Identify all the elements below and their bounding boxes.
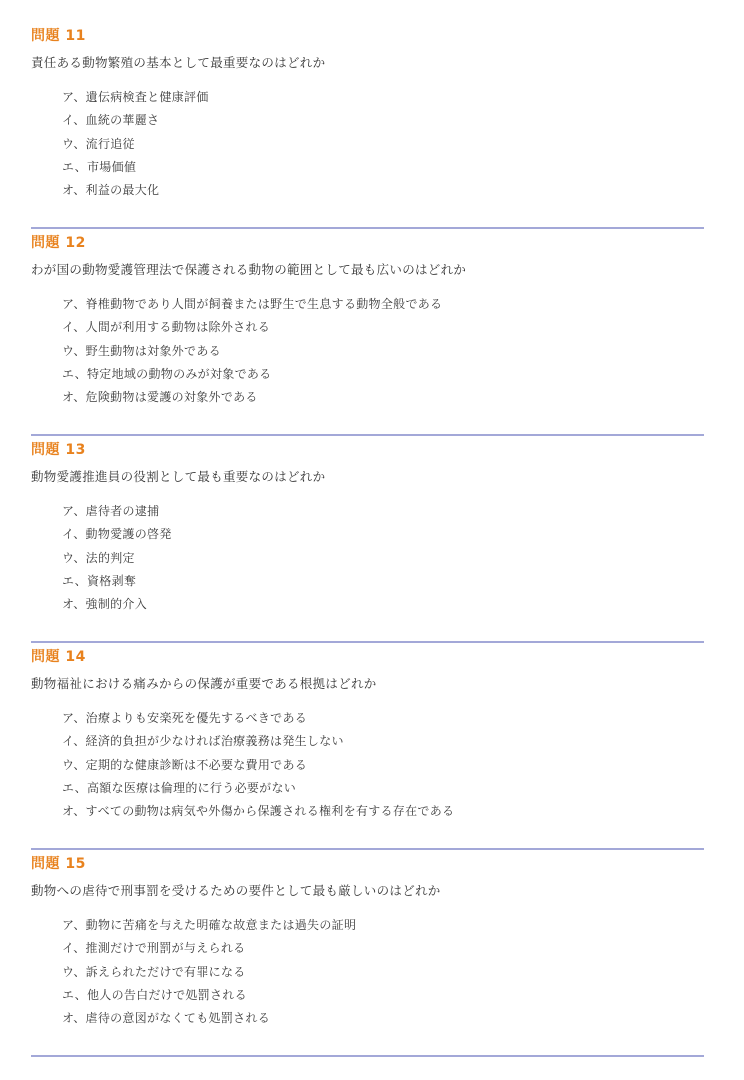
choice-a: ア、虐待者の逮捕: [62, 500, 704, 523]
choice-u: ウ、法的判定: [62, 547, 704, 570]
choice-text: 特定地域の動物のみが対象である: [87, 367, 272, 381]
question-number: 問題 14: [31, 647, 704, 667]
choice-o: オ、利益の最大化: [62, 179, 704, 202]
question-11: 問題 11 責任ある動物繁殖の基本として最重要なのはどれか ア、遺伝病検査と健康…: [31, 26, 704, 229]
choice-text: 訴えられただけで有罪になる: [86, 965, 246, 979]
choice-text: 動物に苦痛を与えた明確な故意または過失の証明: [86, 918, 357, 932]
choice-text: 利益の最大化: [86, 183, 160, 197]
choice-label: ウ、: [62, 133, 86, 156]
choice-label: ウ、: [62, 754, 86, 777]
choice-text: 虐待者の逮捕: [86, 504, 160, 518]
choice-label: ア、: [62, 293, 86, 316]
section-divider: [31, 641, 704, 643]
choice-label: エ、: [62, 363, 87, 386]
choice-u: ウ、定期的な健康診断は不必要な費用である: [62, 754, 704, 777]
section-divider: [31, 1055, 704, 1057]
choice-label: オ、: [62, 1007, 86, 1030]
choice-label: イ、: [62, 523, 86, 546]
section-divider: [31, 434, 704, 436]
choice-text: すべての動物は病気や外傷から保護される権利を有する存在である: [86, 804, 455, 818]
section-divider: [31, 848, 704, 850]
choice-text: 強制的介入: [86, 597, 148, 611]
choice-list: ア、遺伝病検査と健康評価 イ、血統の華麗さ ウ、流行追従 エ、市場価値 オ、利益…: [31, 86, 704, 202]
choice-text: 定期的な健康診断は不必要な費用である: [86, 758, 307, 772]
choice-label: イ、: [62, 937, 86, 960]
question-number: 問題 15: [31, 854, 704, 874]
choice-label: ア、: [62, 500, 86, 523]
question-text: 動物愛護推進員の役割として最も重要なのはどれか: [31, 467, 704, 487]
choice-label: ア、: [62, 707, 86, 730]
choice-label: イ、: [62, 109, 86, 132]
choice-o: オ、危険動物は愛護の対象外である: [62, 386, 704, 409]
choice-text: 野生動物は対象外である: [86, 344, 221, 358]
question-13: 問題 13 動物愛護推進員の役割として最も重要なのはどれか ア、虐待者の逮捕 イ…: [31, 440, 704, 643]
choice-o: オ、虐待の意図がなくても処罰される: [62, 1007, 704, 1030]
choice-a: ア、治療よりも安楽死を優先するべきである: [62, 707, 704, 730]
choice-o: オ、すべての動物は病気や外傷から保護される権利を有する存在である: [62, 800, 704, 823]
choice-e: エ、高額な医療は倫理的に行う必要がない: [62, 777, 704, 800]
choice-label: オ、: [62, 386, 86, 409]
choice-list: ア、虐待者の逮捕 イ、動物愛護の啓発 ウ、法的判定 エ、資格剥奪 オ、強制的介入: [31, 500, 704, 616]
choice-text: 虐待の意図がなくても処罰される: [86, 1011, 271, 1025]
choice-e: エ、他人の告白だけで処罰される: [62, 984, 704, 1007]
choice-u: ウ、野生動物は対象外である: [62, 340, 704, 363]
choice-text: 経済的負担が少なければ治療義務は発生しない: [86, 734, 344, 748]
choice-label: オ、: [62, 800, 86, 823]
question-text: 責任ある動物繁殖の基本として最重要なのはどれか: [31, 53, 704, 73]
choice-label: イ、: [62, 730, 86, 753]
choice-text: 治療よりも安楽死を優先するべきである: [86, 711, 307, 725]
choice-list: ア、動物に苦痛を与えた明確な故意または過失の証明 イ、推測だけで刑罰が与えられる…: [31, 914, 704, 1030]
choice-text: 推測だけで刑罰が与えられる: [86, 941, 246, 955]
question-number: 問題 13: [31, 440, 704, 460]
choice-i: イ、人間が利用する動物は除外される: [62, 316, 704, 339]
choice-e: エ、市場価値: [62, 156, 704, 179]
choice-u: ウ、訴えられただけで有罪になる: [62, 961, 704, 984]
question-sheet: 問題 11 責任ある動物繁殖の基本として最重要なのはどれか ア、遺伝病検査と健康…: [0, 0, 744, 1057]
question-text: わが国の動物愛護管理法で保護される動物の範囲として最も広いのはどれか: [31, 260, 704, 280]
choice-o: オ、強制的介入: [62, 593, 704, 616]
question-text: 動物への虐待で刑事罰を受けるための要件として最も厳しいのはどれか: [31, 881, 704, 901]
choice-text: 他人の告白だけで処罰される: [87, 988, 247, 1002]
choice-text: 脊椎動物であり人間が飼養または野生で生息する動物全般である: [86, 297, 443, 311]
choice-label: イ、: [62, 316, 86, 339]
choice-i: イ、動物愛護の啓発: [62, 523, 704, 546]
choice-u: ウ、流行追従: [62, 133, 704, 156]
section-divider: [31, 227, 704, 229]
choice-label: オ、: [62, 179, 86, 202]
choice-a: ア、脊椎動物であり人間が飼養または野生で生息する動物全般である: [62, 293, 704, 316]
choice-label: エ、: [62, 984, 87, 1007]
question-15: 問題 15 動物への虐待で刑事罰を受けるための要件として最も厳しいのはどれか ア…: [31, 854, 704, 1057]
choice-text: 法的判定: [86, 551, 135, 565]
choice-label: エ、: [62, 777, 87, 800]
choice-text: 血統の華麗さ: [86, 113, 160, 127]
choice-text: 流行追従: [86, 137, 135, 151]
choice-text: 資格剥奪: [87, 574, 136, 588]
choice-label: ウ、: [62, 340, 86, 363]
choice-text: 遺伝病検査と健康評価: [86, 90, 209, 104]
choice-text: 高額な医療は倫理的に行う必要がない: [87, 781, 296, 795]
question-12: 問題 12 わが国の動物愛護管理法で保護される動物の範囲として最も広いのはどれか…: [31, 233, 704, 436]
question-text: 動物福祉における痛みからの保護が重要である根拠はどれか: [31, 674, 704, 694]
choice-label: ア、: [62, 914, 86, 937]
choice-list: ア、脊椎動物であり人間が飼養または野生で生息する動物全般である イ、人間が利用す…: [31, 293, 704, 409]
choice-label: ウ、: [62, 961, 86, 984]
choice-list: ア、治療よりも安楽死を優先するべきである イ、経済的負担が少なければ治療義務は発…: [31, 707, 704, 823]
choice-label: ウ、: [62, 547, 86, 570]
choice-text: 市場価値: [87, 160, 136, 174]
choice-label: エ、: [62, 570, 87, 593]
choice-label: エ、: [62, 156, 87, 179]
choice-e: エ、特定地域の動物のみが対象である: [62, 363, 704, 386]
question-number: 問題 12: [31, 233, 704, 253]
choice-a: ア、遺伝病検査と健康評価: [62, 86, 704, 109]
choice-text: 人間が利用する動物は除外される: [86, 320, 271, 334]
choice-a: ア、動物に苦痛を与えた明確な故意または過失の証明: [62, 914, 704, 937]
choice-i: イ、血統の華麗さ: [62, 109, 704, 132]
choice-text: 危険動物は愛護の対象外である: [86, 390, 258, 404]
choice-e: エ、資格剥奪: [62, 570, 704, 593]
question-number: 問題 11: [31, 26, 704, 46]
choice-text: 動物愛護の啓発: [86, 527, 172, 541]
choice-label: ア、: [62, 86, 86, 109]
choice-i: イ、推測だけで刑罰が与えられる: [62, 937, 704, 960]
choice-i: イ、経済的負担が少なければ治療義務は発生しない: [62, 730, 704, 753]
choice-label: オ、: [62, 593, 86, 616]
question-14: 問題 14 動物福祉における痛みからの保護が重要である根拠はどれか ア、治療より…: [31, 647, 704, 850]
